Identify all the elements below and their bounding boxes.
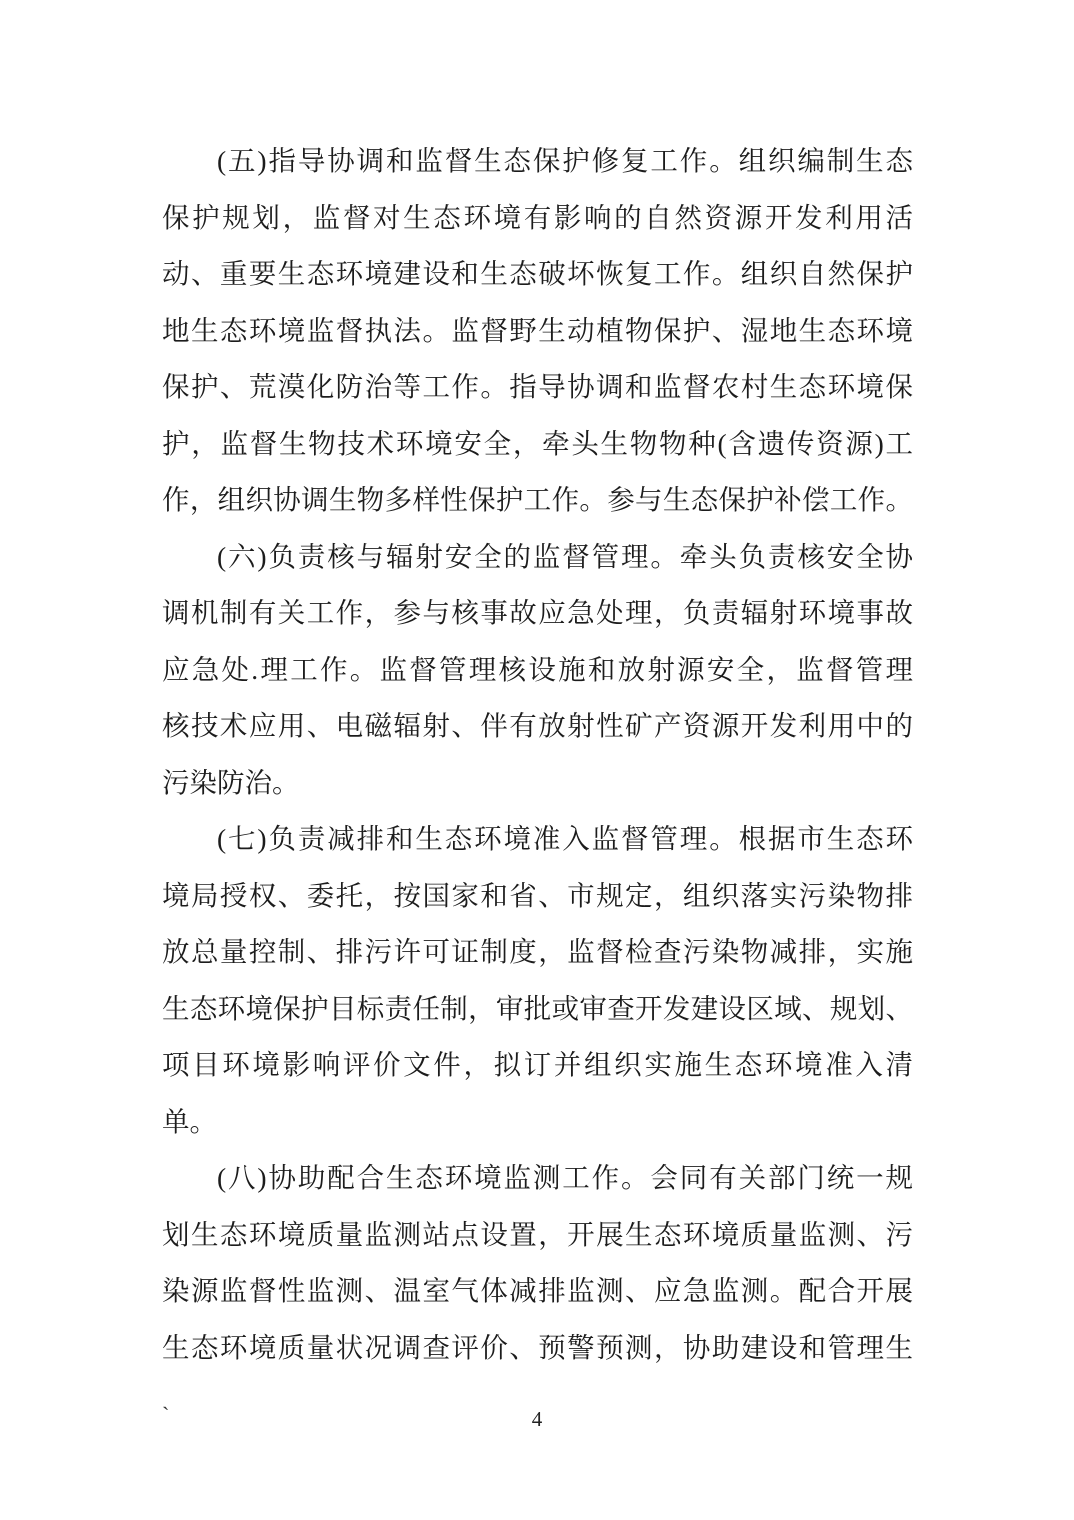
text-line: 划生态环境质量监测站点设置，开展生态环境质量监测、污 — [162, 1207, 913, 1264]
text-line: 生态环境保护目标责任制，审批或审查开发建设区域、规划、 — [162, 981, 913, 1038]
document-body: (五)指导协调和监督生态保护修复工作。组织编制生态保护规划，监督对生态环境有影响… — [162, 133, 913, 1376]
text-line: (六)负责核与辐射安全的监督管理。牵头负责核安全协 — [162, 529, 913, 586]
text-line: (七)负责减排和生态环境准入监督管理。根据市生态环 — [162, 811, 913, 868]
text-line: 调机制有关工作，参与核事故应急处理，负责辐射环境事故 — [162, 585, 913, 642]
page-number: 4 — [0, 1406, 1074, 1432]
text-line: 应急处.理工作。监督管理核设施和放射源安全，监督管理 — [162, 642, 913, 699]
text-line: 动、重要生态环境建设和生态破坏恢复工作。组织自然保护 — [162, 246, 913, 303]
text-line: (五)指导协调和监督生态保护修复工作。组织编制生态 — [162, 133, 913, 190]
text-line: 生态环境质量状况调查评价、预警预测，协助建设和管理生 — [162, 1320, 913, 1377]
text-line: 作，组织协调生物多样性保护工作。参与生态保护补偿工作。 — [162, 472, 913, 529]
text-line: 地生态环境监督执法。监督野生动植物保护、湿地生态环境 — [162, 303, 913, 360]
text-line: 保护、荒漠化防治等工作。指导协调和监督农村生态环境保 — [162, 359, 913, 416]
text-line: 境局授权、委托，按国家和省、市规定，组织落实污染物排 — [162, 868, 913, 925]
text-line: 单。 — [162, 1094, 913, 1151]
text-line: 放总量控制、排污许可证制度，监督检查污染物减排，实施 — [162, 924, 913, 981]
text-line: (八)协助配合生态环境监测工作。会同有关部门统一规 — [162, 1150, 913, 1207]
text-line: 项目环境影响评价文件，拟订并组织实施生态环境准入清 — [162, 1037, 913, 1094]
text-line: 染源监督性监测、温室气体减排监测、应急监测。配合开展 — [162, 1263, 913, 1320]
text-line: 保护规划，监督对生态环境有影响的自然资源开发利用活 — [162, 190, 913, 247]
page-footer: ` 4 — [0, 1398, 1074, 1438]
text-line: 护，监督生物技术环境安全，牵头生物物种(含遗传资源)工 — [162, 416, 913, 473]
document-page: (五)指导协调和监督生态保护修复工作。组织编制生态保护规划，监督对生态环境有影响… — [0, 0, 1074, 1520]
text-line: 污染防治。 — [162, 755, 913, 812]
text-line: 核技术应用、电磁辐射、伴有放射性矿产资源开发利用中的 — [162, 698, 913, 755]
